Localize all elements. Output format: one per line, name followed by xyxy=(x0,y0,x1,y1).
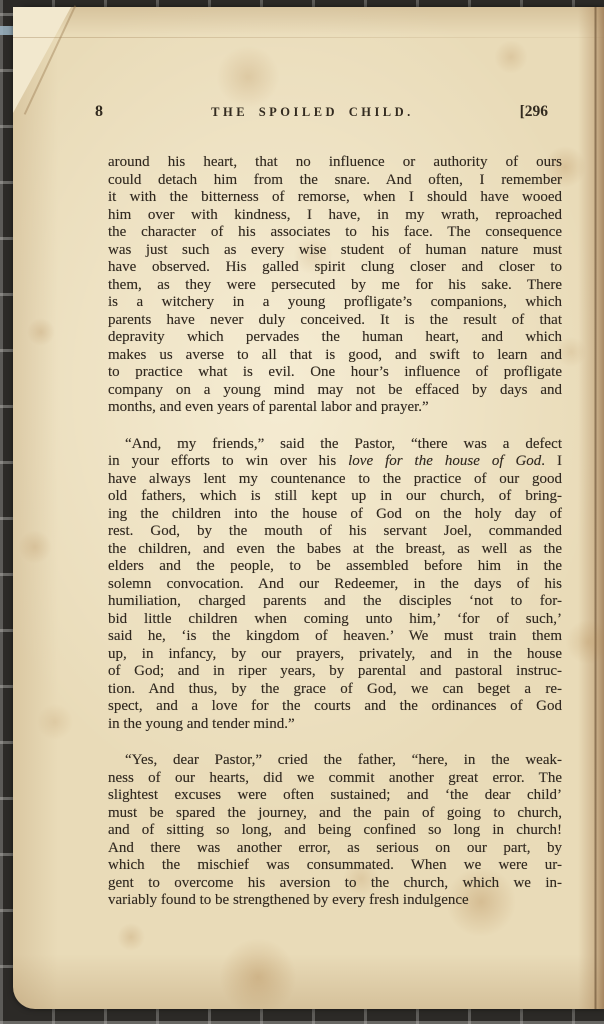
text-line: the character of his associates to his f… xyxy=(108,224,562,242)
top-crease-line xyxy=(13,37,604,38)
text-line: spect, and a love for the courts and the… xyxy=(108,698,562,716)
text-line: ness of our hearts, did we commit anothe… xyxy=(108,770,562,788)
text-line: And there was another error, as serious … xyxy=(108,840,562,858)
scanner-background: 8 THE SPOILED CHILD. [296 around his hea… xyxy=(0,0,604,1024)
text-line: them, as they were persecuted by me for … xyxy=(108,277,562,295)
text-line: must be spared the journey, and the pain… xyxy=(108,805,562,823)
text-line: to practice what is evil. One hour’s inf… xyxy=(108,364,562,382)
body-text: around his heart, that no influence or a… xyxy=(108,154,562,929)
text-line: “Yes, dear Pastor,” cried the father, “h… xyxy=(108,752,562,770)
text-line: have observed. His galled spirit clung c… xyxy=(108,259,562,277)
text-line: in your efforts to win over his love for… xyxy=(108,453,562,471)
page-header: 8 THE SPOILED CHILD. [296 xyxy=(95,103,548,121)
text-line: the children, and even the babes at the … xyxy=(108,541,562,559)
text-line: and of sitting so long, and being confin… xyxy=(108,822,562,840)
paragraph: “And, my friends,” said the Pastor, “the… xyxy=(108,436,562,734)
text-line: humiliation, charged parents and the dis… xyxy=(108,593,562,611)
folio-number: [296 xyxy=(488,103,548,121)
text-line: tion. And thus, by the grace of God, we … xyxy=(108,681,562,699)
text-line: makes us averse to all that is good, and… xyxy=(108,347,562,365)
text-line: months, and even years of parental labor… xyxy=(108,399,562,417)
text-line: company on a young mind may not be effac… xyxy=(108,382,562,400)
text-line: in the young and tender mind.” xyxy=(108,716,562,734)
text-line: have always lent my countenance to the p… xyxy=(108,471,562,489)
text-line: “And, my friends,” said the Pastor, “the… xyxy=(108,436,562,454)
book-page: 8 THE SPOILED CHILD. [296 around his hea… xyxy=(13,7,604,1009)
text-line: slightest excuses were often sustained; … xyxy=(108,787,562,805)
scan-edge-blue-mark xyxy=(0,26,13,35)
text-line: was just such as every wise student of h… xyxy=(108,242,562,260)
text-line: it with the bitterness of remorse, when … xyxy=(108,189,562,207)
text-line: up, in infancy, by our prayers, privatel… xyxy=(108,646,562,664)
paragraph: around his heart, that no influence or a… xyxy=(108,154,562,417)
paragraph: “Yes, dear Pastor,” cried the father, “h… xyxy=(108,752,562,910)
text-line: could detach him from the snare. And oft… xyxy=(108,172,562,190)
text-line: solemn convocation. And our Redeemer, in… xyxy=(108,576,562,594)
text-line: is a witchery in a young profligate’s co… xyxy=(108,294,562,312)
text-line: depravity which pervades the human heart… xyxy=(108,329,562,347)
text-line: rest. God, by the mouth of his servant J… xyxy=(108,523,562,541)
text-line: gent to overcome his aversion to the chu… xyxy=(108,875,562,893)
text-line: elders and the people, to be assembled b… xyxy=(108,558,562,576)
text-line: old fathers, which is still kept up in o… xyxy=(108,488,562,506)
text-line: of God; and in riper years, by parental … xyxy=(108,663,562,681)
text-line: parents have never duly conceived. It is… xyxy=(108,312,562,330)
text-line: around his heart, that no influence or a… xyxy=(108,154,562,172)
text-line: variably found to be strengthened by eve… xyxy=(108,892,562,910)
text-line: ing the children into the house of God o… xyxy=(108,506,562,524)
text-line: him over with kindness, I have, in my wr… xyxy=(108,207,562,225)
text-line: said he, ‘is the kingdom of heaven.’ We … xyxy=(108,628,562,646)
text-line: which the mischief was consummated. When… xyxy=(108,857,562,875)
page-number: 8 xyxy=(95,103,137,121)
running-title: THE SPOILED CHILD. xyxy=(137,105,488,120)
text-line: bid little children when coming unto him… xyxy=(108,611,562,629)
